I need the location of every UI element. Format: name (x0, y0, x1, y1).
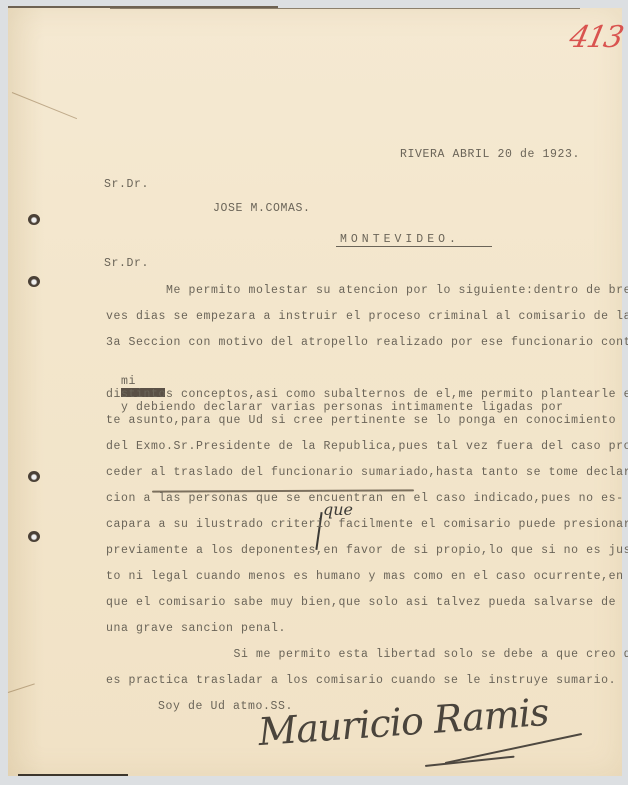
body-line: te asunto,para que Ud si cree pertinente… (106, 414, 616, 427)
body-line: del Exmo.Sr.Presidente de la Republica,p… (106, 440, 628, 453)
closing-paragraph-line: es practica trasladar a los comisario cu… (106, 674, 616, 687)
body-line: ceder al traslado del funcionario sumari… (106, 466, 628, 479)
body-line-start: mi (121, 375, 136, 388)
salutation-top: Sr.Dr. (104, 178, 149, 191)
folio-number: 413 (566, 20, 625, 55)
salutation-body: Sr.Dr. (104, 257, 149, 270)
body-line-rest: y debiendo declarar varias personas inti… (121, 401, 564, 414)
page-edge-top-secondary (110, 8, 580, 9)
city-underline (336, 246, 492, 247)
closing-paragraph-line: Si me permito esta libertad solo se debe… (106, 648, 628, 661)
punch-hole-icon (28, 531, 40, 542)
body-line: to ni legal cuando menos es humano y mas… (106, 570, 624, 583)
punch-hole-icon (28, 214, 40, 225)
date-line: RIVERA ABRIL 20 de 1923. (400, 148, 580, 161)
handwritten-insertion: que (323, 500, 353, 519)
body-line: Me permito molestar su atencion por lo s… (106, 284, 628, 297)
body-line: que el comisario sabe muy bien,que solo … (106, 596, 616, 609)
addressee-name: JOSE M.COMAS. (213, 202, 311, 215)
body-line: capara a su ilustrado criterio facilment… (106, 518, 628, 531)
punch-hole-icon (28, 471, 40, 482)
body-line: distintos conceptos,asi como subalternos… (106, 388, 628, 401)
body-line: ves dias se empezara a instruir el proce… (106, 310, 628, 323)
body-line: 3a Seccion con motivo del atropello real… (106, 336, 628, 349)
city-heading: MONTEVIDEO. (340, 233, 460, 246)
punch-hole-icon (28, 276, 40, 287)
body-line: cion a las personas que se encuentran en… (106, 492, 624, 505)
body-line: una grave sancion penal. (106, 622, 286, 635)
body-line: previamente a los deponentes,en favor de… (106, 544, 628, 557)
page-edge-bottom (18, 774, 128, 776)
